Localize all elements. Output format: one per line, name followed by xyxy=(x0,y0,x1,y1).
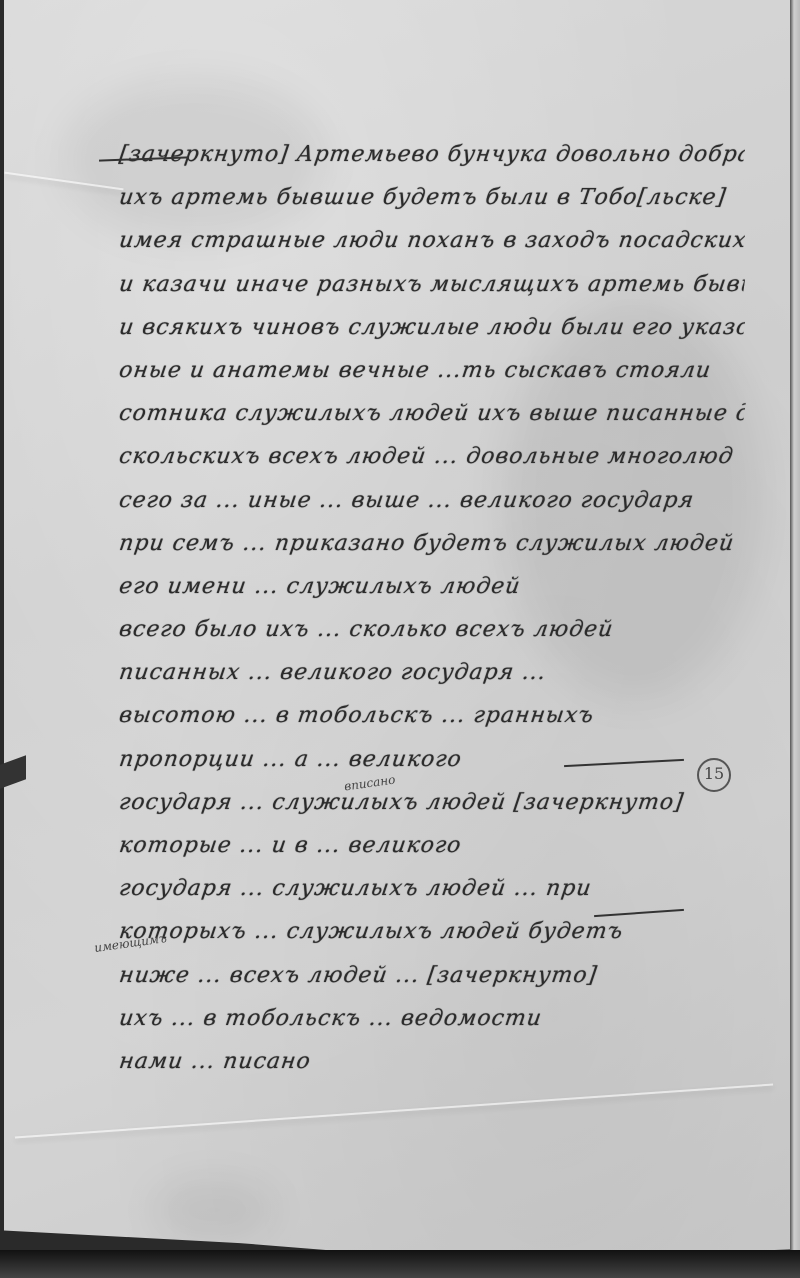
manuscript-line: ниже ... всехъ людей ... [зачеркнуто] xyxy=(116,956,747,999)
manuscript-line: и всякихъ чиновъ служилые люди были его … xyxy=(116,308,747,351)
scan-background xyxy=(0,1250,800,1278)
binding-edge xyxy=(790,0,800,1278)
manuscript-line: скольскихъ всехъ людей ... довольные мно… xyxy=(116,437,747,480)
manuscript-line: при семъ ... приказано будетъ служилых л… xyxy=(116,524,747,567)
manuscript-line: всего было ихъ ... сколько всехъ людей xyxy=(116,610,747,653)
manuscript-page: [зачеркнуто] Артемьево бунчука довольно … xyxy=(4,0,790,1262)
folio-number: 15 xyxy=(697,758,731,792)
manuscript-line: имея страшные люди поханъ в заходъ посад… xyxy=(116,221,747,264)
manuscript-line: которыхъ ... служилыхъ людей будетъ xyxy=(116,912,747,955)
manuscript-line: ихъ артемь бывшие будетъ были в Тобо[льс… xyxy=(116,178,747,221)
manuscript-line: писанных ... великого государя ... xyxy=(116,653,747,696)
manuscript-line: ихъ ... в тобольскъ ... ведомости xyxy=(116,999,747,1042)
manuscript-line: которые ... и в ... великого xyxy=(116,826,747,869)
manuscript-line: его имени ... служилыхъ людей xyxy=(116,567,747,610)
manuscript-line: высотою ... в тобольскъ ... гранныхъ xyxy=(116,696,747,739)
manuscript-line: сего за ... иные ... выше ... великого г… xyxy=(116,481,747,524)
manuscript-line: государя ... служилыхъ людей [зачеркнуто… xyxy=(116,783,747,826)
manuscript-line: [зачеркнуто] Артемьево бунчука довольно … xyxy=(116,135,747,178)
manuscript-line: государя ... служилыхъ людей ... при xyxy=(116,869,747,912)
manuscript-line: оные и анатемы вечные ...ть сыскавъ стоя… xyxy=(116,351,747,394)
manuscript-line: и казачи иначе разныхъ мыслящихъ артемь … xyxy=(116,265,747,308)
manuscript-line: сотника служилыхъ людей ихъ выше писанны… xyxy=(116,394,747,437)
manuscript-line: нами ... писано xyxy=(116,1042,747,1085)
manuscript-text: [зачеркнуто] Артемьево бунчука довольно … xyxy=(119,135,744,1085)
